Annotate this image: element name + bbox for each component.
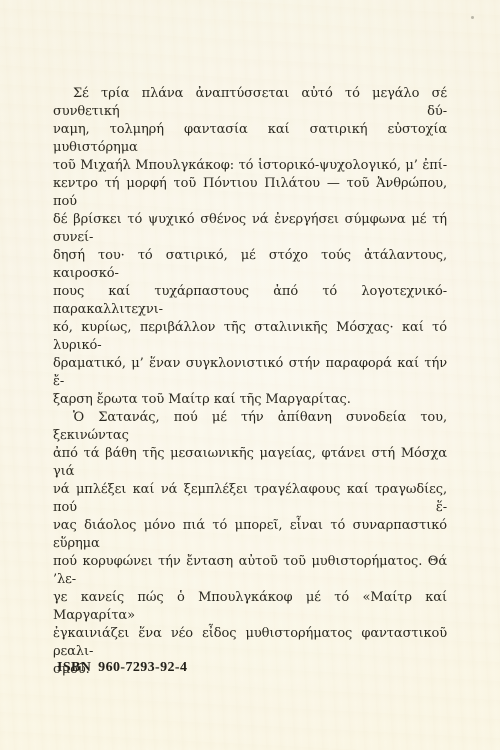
text-line: ξαρση ἔρωτα τοῦ Μαίτρ καί τῆς Μαργαρίτας… <box>53 391 447 409</box>
text-line: κεντρο τή μορφή τοῦ Πόντιου Πιλάτου — το… <box>53 175 447 211</box>
text-line: κό, κυρίως, περιβάλλον τῆς σταλινικῆς Μό… <box>53 319 447 355</box>
text-line: ἐγκαινιάζει ἕνα νέο εἶδος μυθιστορήματος… <box>53 625 447 661</box>
text-line: δέ βρίσκει τό ψυχικό σθένος νά ἐνεργήσει… <box>53 211 447 247</box>
isbn-text: ISBN 960-7293-92-4 <box>57 660 187 676</box>
paper-speck <box>471 16 474 19</box>
text-line: ἀπό τά βάθη τῆς μεσαιωνικῆς μαγείας, φτά… <box>53 445 447 481</box>
text-line: Σέ τρία πλάνα ἀναπτύσσεται αὐτό τό μεγάλ… <box>53 85 447 121</box>
text-line: δραματικό, μ’ ἕναν συγκλονιστικό στήν πα… <box>53 355 447 391</box>
text-line: νας διάολος μόνο πιά τό μπορεῖ, εἶναι τό… <box>53 517 447 553</box>
text-line: γε κανείς πώς ὁ Μπουλγκάκοφ μέ τό «Μαίτρ… <box>53 589 447 625</box>
text-line: νά μπλέξει καί νά ξεμπλέξει τραγέλαφους … <box>53 481 447 517</box>
text-line: τοῦ Μιχαήλ Μπουλγκάκοφ: τό ἱστορικό-ψυχο… <box>53 157 447 175</box>
text-line: Ὁ Σατανάς, πού μέ τήν ἀπίθανη συνοδεία τ… <box>53 409 447 445</box>
text-line: πους καί τυχάρπαστους ἀπό τό λογοτεχνικό… <box>53 283 447 319</box>
synopsis-text: Σέ τρία πλάνα ἀναπτύσσεται αὐτό τό μεγάλ… <box>53 85 447 679</box>
text-line: δησή του· τό σατιρικό, μέ στόχο τούς ἀτά… <box>53 247 447 283</box>
book-page: Σέ τρία πλάνα ἀναπτύσσεται αὐτό τό μεγάλ… <box>0 0 500 750</box>
text-line: πού κορυφώνει τήν ἔνταση αὐτοῦ τοῦ μυθισ… <box>53 553 447 589</box>
text-line: ναμη, τολμηρή φαντασία καί σατιρική εὐστ… <box>53 121 447 157</box>
